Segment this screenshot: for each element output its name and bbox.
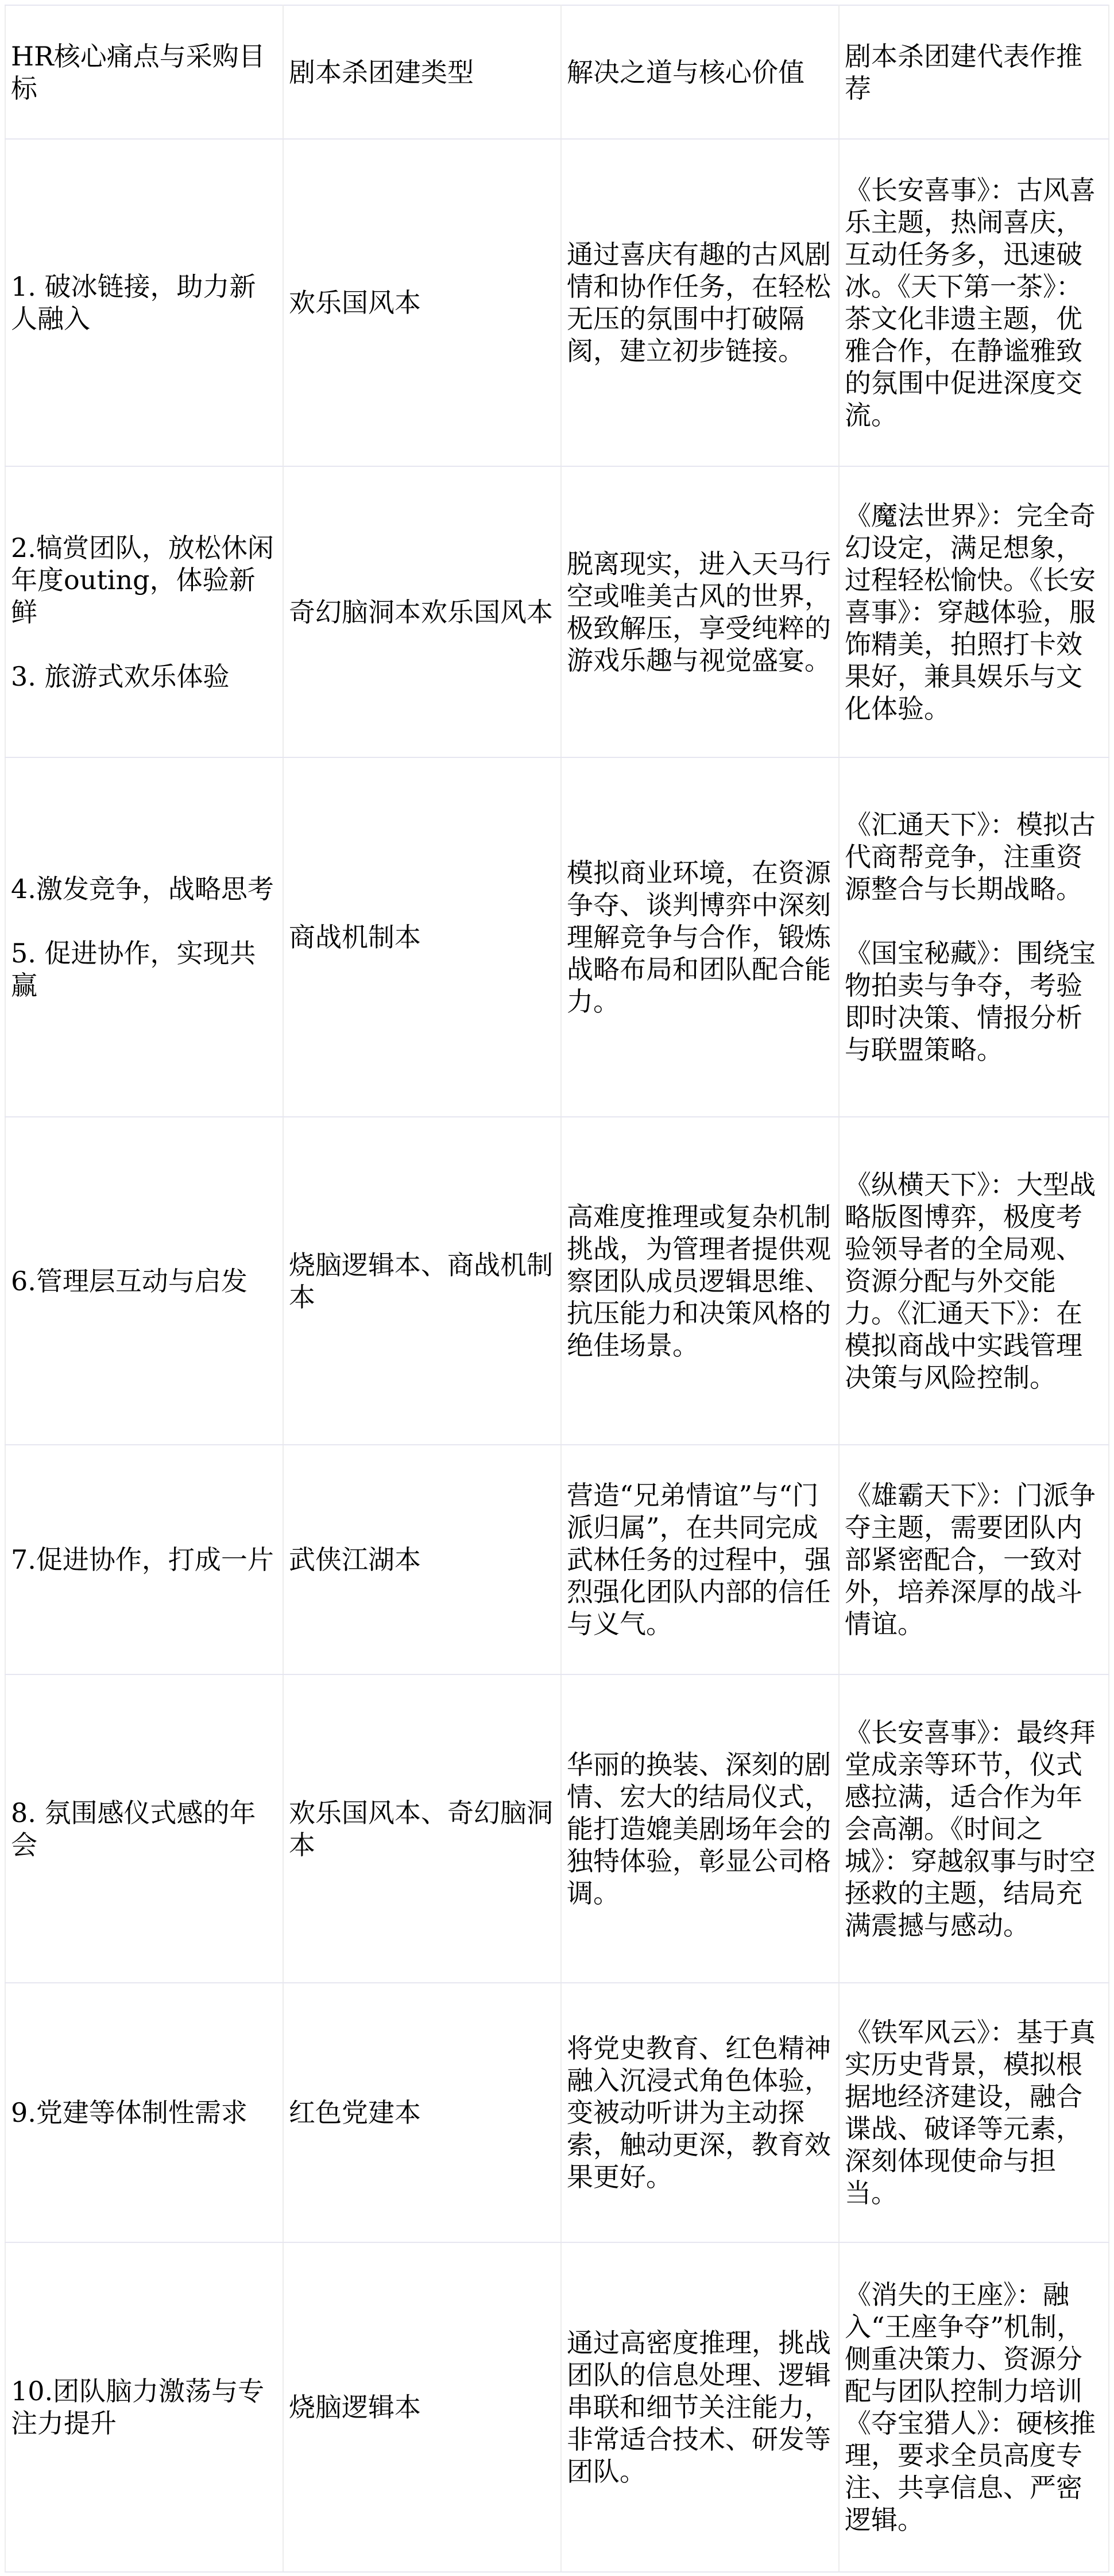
team-building-recommendation-table: HR核心痛点与采购目标 剧本杀团建类型 解决之道与核心价值 剧本杀团建代表作推荐… bbox=[5, 5, 1109, 2573]
cell-works: 《消失的王座》：融入“王座争夺”机制，侧重决策力、资源分配与团队控制力培训《夺宝… bbox=[839, 2242, 1109, 2572]
header-type: 剧本杀团建类型 bbox=[283, 5, 561, 139]
cell-pain-points: 9.党建等体制性需求 bbox=[5, 1983, 283, 2242]
pain-point-text: 10.团队脑力激荡与专注力提升 bbox=[11, 2375, 278, 2439]
cell-value: 将党史教育、红色精神融入沉浸式角色体验，变被动听讲为主动探索，触动更深，教育效果… bbox=[561, 1983, 839, 2242]
cell-works: 《雄霸天下》：门派争夺主题，需要团队内部紧密配合，一致对外，培养深厚的战斗情谊。 bbox=[839, 1445, 1109, 1674]
cell-pain-points: 8. 氛围感仪式感的年会 bbox=[5, 1674, 283, 1983]
work-text: 《汇通天下》：模拟古代商帮竞争，注重资源整合与长期战略。 bbox=[845, 809, 1104, 905]
table-row: 7.促进协作，打成一片 武侠江湖本 营造“兄弟情谊”与“门派归属”，在共同完成武… bbox=[5, 1445, 1109, 1674]
cell-pain-points: 2.犒赏团队，放松休闲年度outing，体验新鲜 3. 旅游式欢乐体验 bbox=[5, 466, 283, 757]
pain-point-text: 3. 旅游式欢乐体验 bbox=[11, 660, 278, 693]
table-row: 9.党建等体制性需求 红色党建本 将党史教育、红色精神融入沉浸式角色体验，变被动… bbox=[5, 1983, 1109, 2242]
cell-type: 烧脑逻辑本 bbox=[283, 2242, 561, 2572]
cell-works: 《长安喜事》：古风喜乐主题，热闹喜庆，互动任务多，迅速破冰。《天下第一茶》：茶文… bbox=[839, 139, 1109, 466]
cell-works: 《纵横天下》：大型战略版图博弈，极度考验领导者的全局观、资源分配与外交能力。《汇… bbox=[839, 1117, 1109, 1445]
cell-works: 《长安喜事》：最终拜堂成亲等环节，仪式感拉满，适合作为年会高潮。《时间之城》：穿… bbox=[839, 1674, 1109, 1983]
work-text: 《消失的王座》：融入“王座争夺”机制，侧重决策力、资源分配与团队控制力培训《夺宝… bbox=[845, 2279, 1104, 2536]
work-text: 《国宝秘藏》：围绕宝物拍卖与争夺，考验即时决策、情报分析与联盟策略。 bbox=[845, 937, 1104, 1066]
header-value: 解决之道与核心价值 bbox=[561, 5, 839, 139]
pain-point-text: 4.激发竞争，战略思考 bbox=[11, 873, 278, 905]
pain-point-text: 2.犒赏团队，放松休闲年度outing，体验新鲜 bbox=[11, 532, 278, 628]
table-row: 1. 破冰链接，助力新人融入 欢乐国风本 通过喜庆有趣的古风剧情和协作任务，在轻… bbox=[5, 139, 1109, 466]
cell-value: 模拟商业环境，在资源争夺、谈判博弈中深刻理解竞争与合作，锻炼战略布局和团队配合能… bbox=[561, 757, 839, 1117]
cell-value: 通过喜庆有趣的古风剧情和协作任务，在轻松无压的氛围中打破隔阂，建立初步链接。 bbox=[561, 139, 839, 466]
cell-works: 《铁军风云》：基于真实历史背景，模拟根据地经济建设，融合谍战、破译等元素，深刻体… bbox=[839, 1983, 1109, 2242]
pain-point-text: 8. 氛围感仪式感的年会 bbox=[11, 1797, 278, 1861]
cell-value: 营造“兄弟情谊”与“门派归属”，在共同完成武林任务的过程中，强烈强化团队内部的信… bbox=[561, 1445, 839, 1674]
cell-pain-points: 6.管理层互动与启发 bbox=[5, 1117, 283, 1445]
pain-point-text: 6.管理层互动与启发 bbox=[11, 1265, 278, 1297]
table-row: 2.犒赏团队，放松休闲年度outing，体验新鲜 3. 旅游式欢乐体验 奇幻脑洞… bbox=[5, 466, 1109, 757]
work-text: 《魔法世界》：完全奇幻设定，满足想象，过程轻松愉快。《长安喜事》：穿越体验，服饰… bbox=[845, 500, 1104, 725]
header-works: 剧本杀团建代表作推荐 bbox=[839, 5, 1109, 139]
cell-type: 商战机制本 bbox=[283, 757, 561, 1117]
cell-type: 奇幻脑洞本欢乐国风本 bbox=[283, 466, 561, 757]
cell-type: 欢乐国风本、奇幻脑洞本 bbox=[283, 1674, 561, 1983]
cell-works: 《汇通天下》：模拟古代商帮竞争，注重资源整合与长期战略。 《国宝秘藏》：围绕宝物… bbox=[839, 757, 1109, 1117]
cell-value: 华丽的换装、深刻的剧情、宏大的结局仪式，能打造媲美剧场年会的独特体验，彰显公司格… bbox=[561, 1674, 839, 1983]
cell-type: 武侠江湖本 bbox=[283, 1445, 561, 1674]
table-row: 6.管理层互动与启发 烧脑逻辑本、商战机制本 高难度推理或复杂机制挑战，为管理者… bbox=[5, 1117, 1109, 1445]
cell-value: 脱离现实，进入天马行空或唯美古风的世界，极致解压，享受纯粹的游戏乐趣与视觉盛宴。 bbox=[561, 466, 839, 757]
cell-pain-points: 10.团队脑力激荡与专注力提升 bbox=[5, 2242, 283, 2572]
work-text: 《长安喜事》：最终拜堂成亲等环节，仪式感拉满，适合作为年会高潮。《时间之城》：穿… bbox=[845, 1716, 1104, 1941]
cell-value: 通过高密度推理，挑战团队的信息处理、逻辑串联和细节关注能力，非常适合技术、研发等… bbox=[561, 2242, 839, 2572]
pain-point-text: 1. 破冰链接，助力新人融入 bbox=[11, 270, 278, 335]
table-header-row: HR核心痛点与采购目标 剧本杀团建类型 解决之道与核心价值 剧本杀团建代表作推荐 bbox=[5, 5, 1109, 139]
pain-point-text: 7.促进协作，打成一片 bbox=[11, 1544, 278, 1576]
cell-value: 高难度推理或复杂机制挑战，为管理者提供观察团队成员逻辑思维、抗压能力和决策风格的… bbox=[561, 1117, 839, 1445]
cell-pain-points: 1. 破冰链接，助力新人融入 bbox=[5, 139, 283, 466]
work-text: 《长安喜事》：古风喜乐主题，热闹喜庆，互动任务多，迅速破冰。《天下第一茶》：茶文… bbox=[845, 174, 1104, 431]
work-text: 《雄霸天下》：门派争夺主题，需要团队内部紧密配合，一致对外，培养深厚的战斗情谊。 bbox=[845, 1479, 1104, 1640]
cell-type: 红色党建本 bbox=[283, 1983, 561, 2242]
table-row: 10.团队脑力激荡与专注力提升 烧脑逻辑本 通过高密度推理，挑战团队的信息处理、… bbox=[5, 2242, 1109, 2572]
cell-type: 烧脑逻辑本、商战机制本 bbox=[283, 1117, 561, 1445]
cell-pain-points: 7.促进协作，打成一片 bbox=[5, 1445, 283, 1674]
header-pain-points: HR核心痛点与采购目标 bbox=[5, 5, 283, 139]
work-text: 《铁军风云》：基于真实历史背景，模拟根据地经济建设，融合谍战、破译等元素，深刻体… bbox=[845, 2016, 1104, 2209]
work-text: 《纵横天下》：大型战略版图博弈，极度考验领导者的全局观、资源分配与外交能力。《汇… bbox=[845, 1169, 1104, 1394]
table-container: HR核心痛点与采购目标 剧本杀团建类型 解决之道与核心价值 剧本杀团建代表作推荐… bbox=[5, 5, 1108, 2573]
table-row: 4.激发竞争，战略思考 5. 促进协作，实现共赢 商战机制本 模拟商业环境，在资… bbox=[5, 757, 1109, 1117]
cell-works: 《魔法世界》：完全奇幻设定，满足想象，过程轻松愉快。《长安喜事》：穿越体验，服饰… bbox=[839, 466, 1109, 757]
pain-point-text: 9.党建等体制性需求 bbox=[11, 2097, 278, 2129]
pain-point-text: 5. 促进协作，实现共赢 bbox=[11, 937, 278, 1001]
cell-type: 欢乐国风本 bbox=[283, 139, 561, 466]
table-row: 8. 氛围感仪式感的年会 欢乐国风本、奇幻脑洞本 华丽的换装、深刻的剧情、宏大的… bbox=[5, 1674, 1109, 1983]
cell-pain-points: 4.激发竞争，战略思考 5. 促进协作，实现共赢 bbox=[5, 757, 283, 1117]
